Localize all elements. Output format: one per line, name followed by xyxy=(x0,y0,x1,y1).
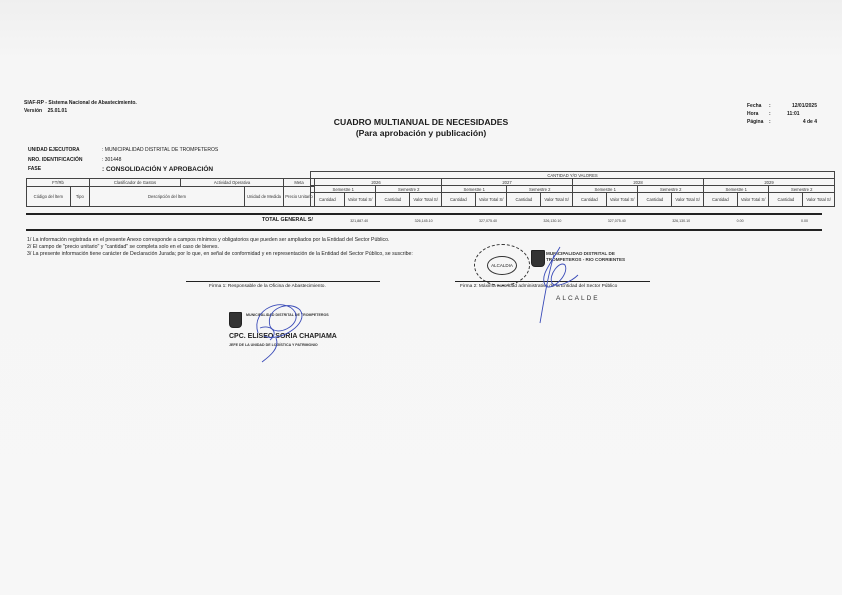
pagina-label: Página xyxy=(747,118,769,126)
valor-total-header: Valor Total S/ xyxy=(475,193,507,207)
total-value: 326,130.10 xyxy=(543,219,561,223)
fecha-value: 12/01/2025 xyxy=(777,102,817,110)
quantities-table: CANTIDAD Y/O VALORES 2026202720282029 Se… xyxy=(310,171,835,207)
total-value: 327,075.40 xyxy=(608,219,626,223)
semester-header: Semestre 1 xyxy=(442,186,507,193)
total-value: 0.00 xyxy=(801,219,808,223)
system-version: Versión 25.01.01 xyxy=(24,107,137,115)
nro-label: NRO. IDENTIFICACIÓN xyxy=(28,156,102,166)
hora-value: 11:01 xyxy=(777,110,827,118)
cantidad-header: Cantidad xyxy=(769,193,803,207)
year-header: 2028 xyxy=(573,179,704,186)
entity-info: UNIDAD EJECUTORA: MUNICIPALIDAD DISTRITA… xyxy=(28,146,218,175)
year-header: 2029 xyxy=(704,179,835,186)
semester-header: Semestre 1 xyxy=(311,186,376,193)
cantidad-header: Cantidad xyxy=(311,193,345,207)
valor-total-header: Valor Total S/ xyxy=(803,193,835,207)
semester-header: Semestre 1 xyxy=(704,186,769,193)
total-value: 321,887.40 xyxy=(350,219,368,223)
alcaldia-round-stamp: ALCALDIA xyxy=(474,244,530,286)
pagina-value: 4 de 4 xyxy=(777,118,817,126)
total-value: 326,130.10 xyxy=(672,219,690,223)
total-value: 0.00 xyxy=(737,219,744,223)
header-ftrb: FT/Rb xyxy=(27,179,90,187)
header-codigo: Código del Ítem xyxy=(27,187,71,207)
semester-header: Semestre 2 xyxy=(638,186,704,193)
year-header: 2027 xyxy=(442,179,573,186)
total-value: 327,075.40 xyxy=(479,219,497,223)
cantidad-header: Cantidad xyxy=(442,193,476,207)
header-tipo: Tipo xyxy=(70,187,89,207)
valor-total-header: Valor Total S/ xyxy=(410,193,442,207)
total-general-label: TOTAL GENERAL S/ xyxy=(262,217,313,223)
cantidad-header: Cantidad xyxy=(376,193,410,207)
unidad-label: UNIDAD EJECUTORA xyxy=(28,146,102,156)
valor-total-header: Valor Total S/ xyxy=(541,193,573,207)
cantidad-header: Cantidad xyxy=(704,193,738,207)
unidad-value: : MUNICIPALIDAD DISTRITAL DE TROMPETEROS xyxy=(102,146,218,156)
document-title: CUADRO MULTIANUAL DE NECESIDADES (Para a… xyxy=(0,117,842,139)
footnotes: 1/ La información registrada en el prese… xyxy=(27,237,413,258)
valor-total-header: Valor Total S/ xyxy=(606,193,638,207)
semester-header: Semestre 1 xyxy=(573,186,638,193)
cantidad-header: Cantidad xyxy=(573,193,607,207)
note-2: 2/ El campo de "precio unitario" y "cant… xyxy=(27,244,413,251)
handwritten-signature-2 xyxy=(530,245,590,325)
title-main: CUADRO MULTIANUAL DE NECESIDADES xyxy=(0,117,842,128)
total-rule-bottom xyxy=(26,229,822,231)
signature-1-label: Firma 1: Responsable de la Oficina de Ab… xyxy=(209,284,326,289)
header-unidad: Unidad de Medida xyxy=(245,187,284,207)
stamp-round-label: ALCALDIA xyxy=(487,256,517,275)
header-actividad: Actividad Operativa xyxy=(181,179,284,187)
note-1: 1/ La información registrada en el prese… xyxy=(27,237,413,244)
semester-header: Semestre 2 xyxy=(376,186,442,193)
document-meta: Fecha:12/01/2025 Hora:11:01 Página:4 de … xyxy=(747,102,827,126)
fase-value: : CONSOLIDACIÓN Y APROBACIÓN xyxy=(102,165,213,175)
cantidad-header: Cantidad xyxy=(507,193,541,207)
semester-header: Semestre 2 xyxy=(769,186,835,193)
cantidad-header: Cantidad xyxy=(638,193,672,207)
year-header: 2026 xyxy=(311,179,442,186)
semester-header: Semestre 2 xyxy=(507,186,573,193)
note-3: 3/ La presente información tiene carácte… xyxy=(27,251,413,258)
valor-total-header: Valor Total S/ xyxy=(737,193,769,207)
system-name: SIAF-RP - Sistema Nacional de Abastecimi… xyxy=(24,99,137,107)
signature-line-1 xyxy=(186,281,380,282)
handwritten-signature-1 xyxy=(240,298,320,368)
valor-total-header: Valor Total S/ xyxy=(672,193,704,207)
title-sub: (Para aprobación y publicación) xyxy=(0,128,842,139)
header-cantidad-valores: CANTIDAD Y/O VALORES xyxy=(311,172,835,179)
fase-label: FASE xyxy=(28,165,102,175)
scanned-page: SIAF-RP - Sistema Nacional de Abastecimi… xyxy=(0,0,842,595)
system-header: SIAF-RP - Sistema Nacional de Abastecimi… xyxy=(24,99,137,115)
fecha-label: Fecha xyxy=(747,102,769,110)
total-value: 326,145.10 xyxy=(415,219,433,223)
header-descripcion: Descripción del Ítem xyxy=(90,187,245,207)
total-rule-top xyxy=(26,213,822,215)
hora-label: Hora xyxy=(747,110,769,118)
valor-total-header: Valor Total S/ xyxy=(344,193,376,207)
item-header-table: FT/Rb Clasificador de Gastos Actividad O… xyxy=(26,178,315,207)
header-clasificador: Clasificador de Gastos xyxy=(90,179,181,187)
nro-value: : 301448 xyxy=(102,156,121,166)
